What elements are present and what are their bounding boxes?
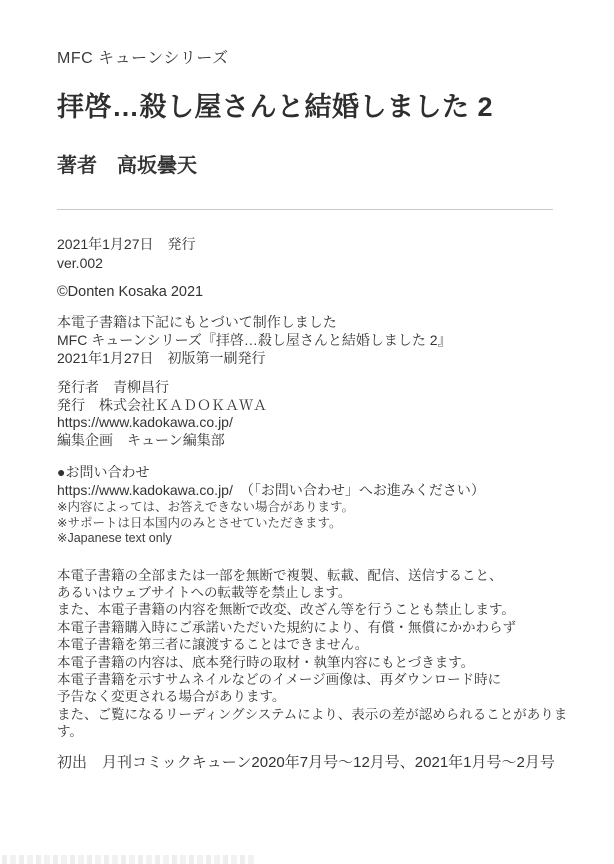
publisher-company-line: 発行 株式会社ＫＡＤＯＫＡＷＡ bbox=[57, 397, 574, 415]
legal-line: 本電子書籍を第三者に譲渡することはできません。 bbox=[57, 636, 574, 653]
legal-line: あるいはウェブサイトへの転載等を禁止します。 bbox=[57, 584, 574, 601]
serialization-line: 初出 月刊コミックキューン2020年7月号～12月号、2021年1月号～2月号 bbox=[57, 753, 574, 773]
legal-line: 予告なく変更される場合があります。 bbox=[57, 688, 574, 705]
publisher-person-line: 発行者 青柳昌行 bbox=[57, 379, 574, 397]
production-block: 本電子書籍は下記にもとづいて制作しました MFC キューンシリーズ『拝啓…殺し屋… bbox=[57, 313, 574, 367]
divider bbox=[57, 209, 553, 210]
version-line: ver.002 bbox=[57, 254, 574, 273]
legal-line: 本電子書籍の全部または一部を無断で複製、転載、配信、送信すること、 bbox=[57, 567, 574, 584]
legal-line: また、本電子書籍の内容を無断で改変、改ざん等を行うことも禁止します。 bbox=[57, 601, 574, 618]
contact-note-support: ※サポートは日本国内のみとさせていただきます。 bbox=[57, 516, 574, 532]
author-line: 著者 高坂曇天 bbox=[57, 153, 574, 179]
colophon-page: MFC キューンシリーズ 拝啓…殺し屋さんと結婚しました 2 著者 高坂曇天 2… bbox=[0, 0, 614, 864]
clipped-text-artifact bbox=[2, 855, 254, 864]
production-source-line: MFC キューンシリーズ『拝啓…殺し屋さんと結婚しました 2』 bbox=[57, 331, 574, 349]
legal-line: また、ご覧になるリーディングシステムにより、表示の差が認められることがあります。 bbox=[57, 706, 574, 741]
legal-line: 本電子書籍を示すサムネイルなどのイメージ画像は、再ダウンロード時に bbox=[57, 671, 574, 688]
issue-date-line: 2021年1月27日 発行 bbox=[57, 235, 574, 254]
production-note-line: 本電子書籍は下記にもとづいて制作しました bbox=[57, 313, 574, 331]
legal-line: 本電子書籍購入時にご承諾いただいた規約により、有償・無償にかかわらず bbox=[57, 619, 574, 636]
production-printing-line: 2021年1月27日 初版第一刷発行 bbox=[57, 349, 574, 367]
contact-note-language: ※Japanese text only bbox=[57, 531, 574, 547]
publisher-block: 発行者 青柳昌行 発行 株式会社ＫＡＤＯＫＡＷＡ https://www.kad… bbox=[57, 379, 574, 449]
series-label: MFC キューンシリーズ bbox=[57, 48, 574, 70]
book-title: 拝啓…殺し屋さんと結婚しました 2 bbox=[57, 89, 574, 125]
contact-heading: ●お問い合わせ bbox=[57, 463, 574, 481]
contact-block: ●お問い合わせ https://www.kadokawa.co.jp/ （「お問… bbox=[57, 463, 574, 547]
contact-url-link[interactable]: https://www.kadokawa.co.jp/ （「お問い合わせ」へお進… bbox=[57, 481, 574, 500]
publisher-url-link[interactable]: https://www.kadokawa.co.jp/ bbox=[57, 414, 574, 432]
legal-line: 本電子書籍の内容は、底本発行時の取材・執筆内容にもとづきます。 bbox=[57, 654, 574, 671]
legal-block: 本電子書籍の全部または一部を無断で複製、転載、配信、送信すること、 あるいはウェ… bbox=[57, 567, 574, 741]
editorial-line: 編集企画 キューン編集部 bbox=[57, 432, 574, 450]
edition-block: 2021年1月27日 発行 ver.002 bbox=[57, 235, 574, 273]
copyright-line: ©Donten Kosaka 2021 bbox=[57, 283, 574, 302]
contact-note-content: ※内容によっては、お答えできない場合があります。 bbox=[57, 500, 574, 516]
